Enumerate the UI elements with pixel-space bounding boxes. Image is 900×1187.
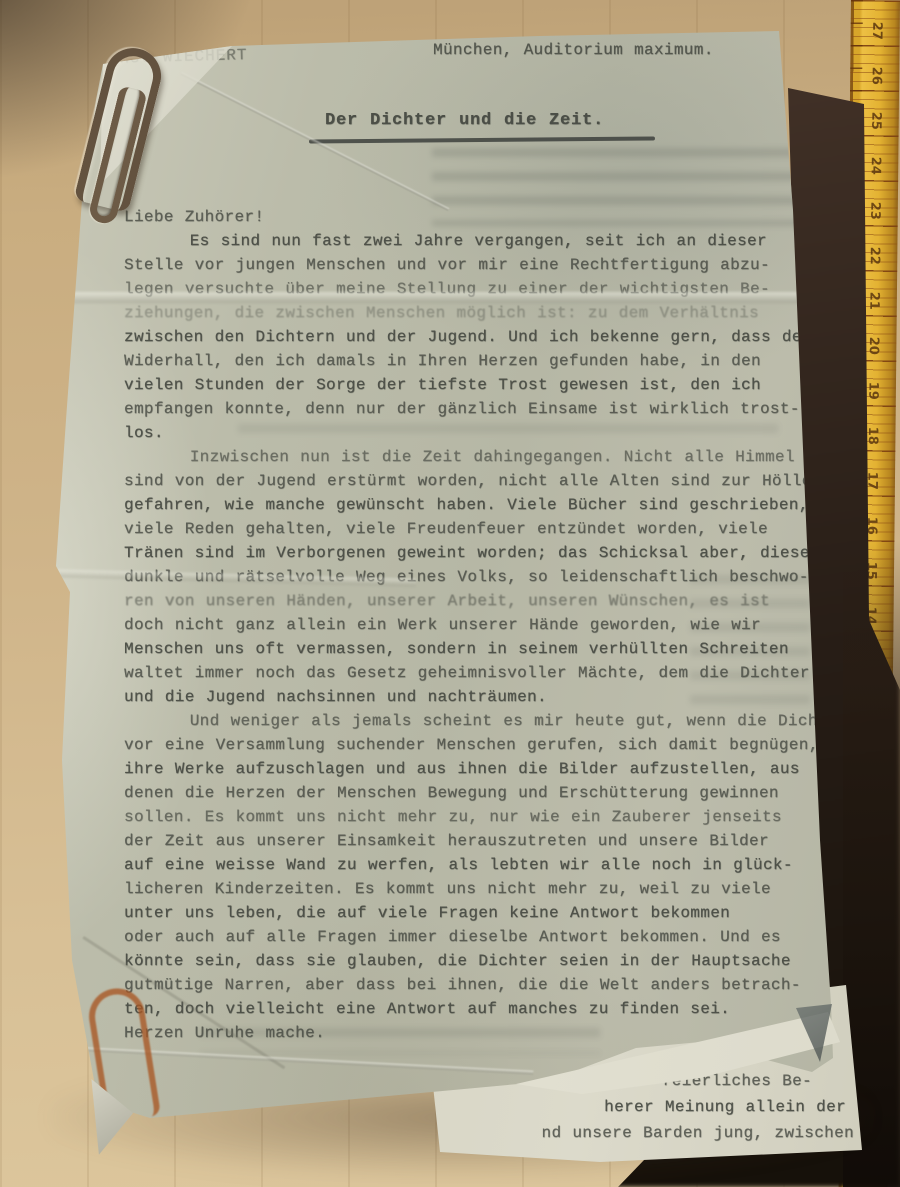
text-line: doch nicht ganz allein ein Werk unserer … xyxy=(124,613,836,637)
text-line: denen die Herzen der Menschen Bewegung u… xyxy=(124,781,836,805)
text-line: licheren Kinderzeiten. Es kommt uns nich… xyxy=(124,877,836,901)
venue-line: München, Auditorium maximum. xyxy=(433,41,714,59)
text-line: dunkle und rätselvolle Weg eines Volks, … xyxy=(124,565,836,589)
text-line: Widerhall, den ich damals in Ihren Herze… xyxy=(124,349,836,373)
text-line: und die Jugend nachsinnen und nachträume… xyxy=(124,685,836,709)
text-line: oder auch auf alle Fragen immer dieselbe… xyxy=(124,925,836,949)
photo-of-typewritten-page: { "document": { "author_header": "Ernst … xyxy=(0,0,900,1187)
text-line: ihre Werke aufzuschlagen und aus ihnen d… xyxy=(124,757,836,781)
text-line: könnte sein, dass sie glauben, die Dicht… xyxy=(124,949,836,973)
text-line: zwischen den Dichtern und der Jugend. Un… xyxy=(124,325,836,349)
text-line: der Zeit aus unserer Einsamkeit herauszu… xyxy=(124,829,836,853)
text-line: los. xyxy=(124,421,836,445)
text-line: Menschen uns oft vermassen, sondern in s… xyxy=(124,637,836,661)
text-line: ziehungen, die zwischen Menschen möglich… xyxy=(124,301,836,325)
text-line: legen versuchte über meine Stellung zu e… xyxy=(124,277,836,301)
title-underline xyxy=(309,136,655,143)
text-line: empfangen konnte, denn nur der gänzlich … xyxy=(124,397,836,421)
paragraph-1: Es sind nun fast zwei Jahre vergangen, s… xyxy=(124,229,836,445)
text-line: vor eine Versammlung suchender Menschen … xyxy=(124,733,836,757)
text-line: gefahren, wie manche gewünscht haben. Vi… xyxy=(124,493,836,517)
text-line: 26 xyxy=(854,67,899,85)
text-line: auf eine weisse Wand zu werfen, als lebt… xyxy=(124,853,836,877)
page-title: Der Dichter und die Zeit. xyxy=(325,111,604,130)
bleed-through-smudge xyxy=(432,148,804,226)
text-line: Und weniger als jemals scheint es mir he… xyxy=(124,709,836,733)
text-line: nd unsere Barden jung, zwischen xyxy=(542,1121,855,1145)
paragraph-3: Und weniger als jemals scheint es mir he… xyxy=(124,709,836,1045)
text-line: 27 xyxy=(854,22,899,40)
text-line: sollen. Es kommt uns nicht mehr zu, nur … xyxy=(124,805,836,829)
text-line: ten, doch vielleicht eine Antwort auf ma… xyxy=(124,997,836,1021)
text-line: gutmütige Narren, aber dass bei ihnen, d… xyxy=(124,973,836,997)
text-line: Inzwischen nun ist die Zeit dahingegange… xyxy=(124,445,836,469)
text-line: vielen Stunden der Sorge der tiefste Tro… xyxy=(124,373,836,397)
text-line: unter uns leben, die auf viele Fragen ke… xyxy=(124,901,836,925)
text-line: Stelle vor jungen Menschen und vor mir e… xyxy=(124,253,836,277)
text-line: herer Meinung allein der xyxy=(604,1095,846,1119)
text-line: viele Reden gehalten, viele Freudenfeuer… xyxy=(124,517,836,541)
paragraph-2: Inzwischen nun ist die Zeit dahingegange… xyxy=(124,445,836,709)
text-line: ren von unseren Händen, unserer Arbeit, … xyxy=(124,589,836,613)
text-line: waltet immer noch das Gesetz geheimnisvo… xyxy=(124,661,836,685)
text-line: Es sind nun fast zwei Jahre vergangen, s… xyxy=(124,229,836,253)
text-line: Tränen sind im Verborgenen geweint worde… xyxy=(124,541,836,565)
text-line: sind von der Jugend erstürmt worden, nic… xyxy=(124,469,836,493)
